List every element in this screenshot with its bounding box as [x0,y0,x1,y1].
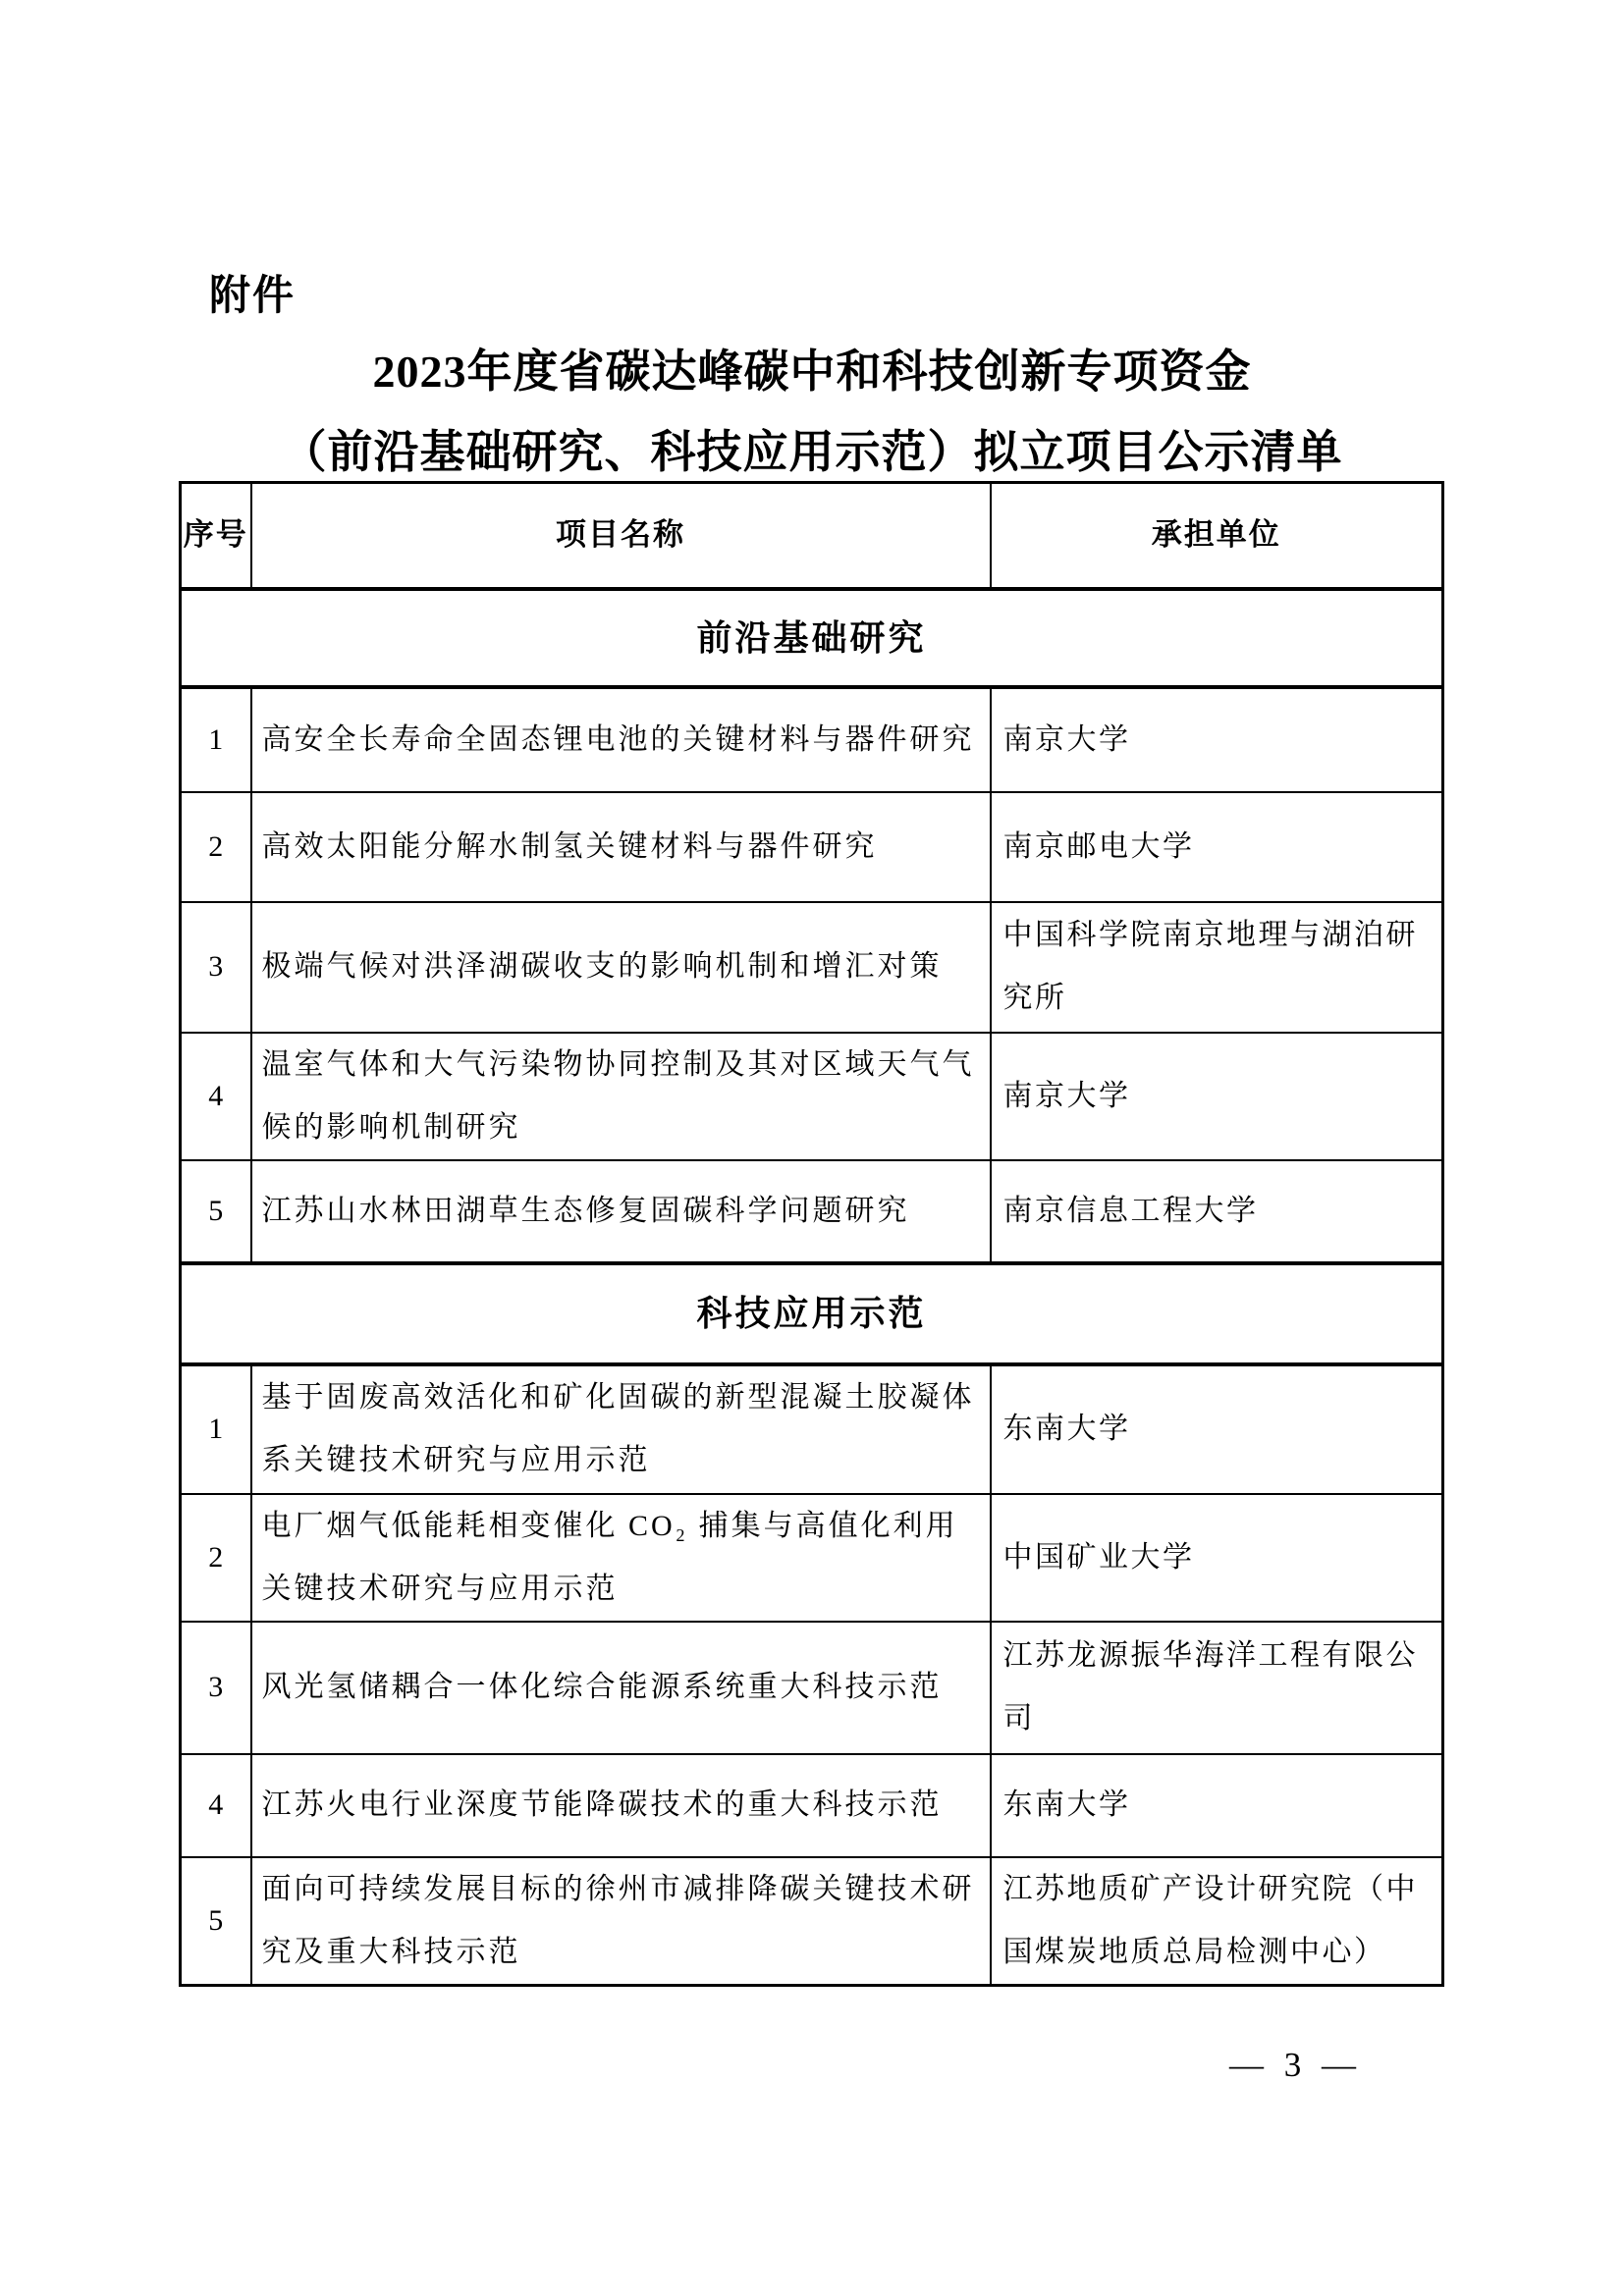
row-project: 高安全长寿命全固态锂电池的关键材料与器件研究 [251,687,991,792]
row-unit: 中国科学院南京地理与湖泊研究所 [991,902,1443,1033]
row-unit: 东南大学 [991,1754,1443,1857]
section-header-tech-application-demo: 科技应用示范 [181,1263,1443,1364]
row-serial: 5 [181,1857,251,1986]
row-project: 温室气体和大气污染物协同控制及其对区域天气气候的影响机制研究 [251,1033,991,1160]
row-serial: 1 [181,687,251,792]
row-serial: 2 [181,1494,251,1622]
row-serial: 3 [181,902,251,1033]
attachment-label: 附件 [209,263,296,322]
table-row: 5 面向可持续发展目标的徐州市减排降碳关键技术研究及重大科技示范 江苏地质矿产设… [181,1857,1443,1986]
row-project: 电厂烟气低能耗相变催化 CO₂ 捕集与高值化利用关键技术研究与应用示范 [251,1494,991,1622]
row-project: 风光氢储耦合一体化综合能源系统重大科技示范 [251,1622,991,1754]
row-serial: 5 [181,1160,251,1263]
header-project-name: 项目名称 [251,483,991,589]
row-unit: 中国矿业大学 [991,1494,1443,1622]
row-project: 面向可持续发展目标的徐州市减排降碳关键技术研究及重大科技示范 [251,1857,991,1986]
table-row: 1 基于固废高效活化和矿化固碳的新型混凝土胶凝体系关键技术研究与应用示范 东南大… [181,1364,1443,1494]
table-row: 5 江苏山水林田湖草生态修复固碳科学问题研究 南京信息工程大学 [181,1160,1443,1263]
row-unit: 南京信息工程大学 [991,1160,1443,1263]
document-page: 附件 2023年度省碳达峰碳中和科技创新专项资金 （前沿基础研究、科技应用示范）… [0,0,1624,2296]
row-project: 江苏火电行业深度节能降碳技术的重大科技示范 [251,1754,991,1857]
row-unit: 南京大学 [991,687,1443,792]
row-serial: 3 [181,1622,251,1754]
document-title-line1: 2023年度省碳达峰碳中和科技创新专项资金 [0,336,1624,400]
section-title: 前沿基础研究 [181,589,1443,687]
section-header-frontier-basic-research: 前沿基础研究 [181,589,1443,687]
table-row: 1 高安全长寿命全固态锂电池的关键材料与器件研究 南京大学 [181,687,1443,792]
table-row: 4 温室气体和大气污染物协同控制及其对区域天气气候的影响机制研究 南京大学 [181,1033,1443,1160]
table-row: 2 电厂烟气低能耗相变催化 CO₂ 捕集与高值化利用关键技术研究与应用示范 中国… [181,1494,1443,1622]
header-undertaking-unit: 承担单位 [991,483,1443,589]
row-serial: 4 [181,1754,251,1857]
header-serial-number: 序号 [181,483,251,589]
row-serial: 2 [181,792,251,902]
row-unit: 南京邮电大学 [991,792,1443,902]
row-project: 极端气候对洪泽湖碳收支的影响机制和增汇对策 [251,902,991,1033]
row-project: 基于固废高效活化和矿化固碳的新型混凝土胶凝体系关键技术研究与应用示范 [251,1364,991,1494]
page-number: — 3 — [1229,2046,1362,2085]
table-row: 2 高效太阳能分解水制氢关键材料与器件研究 南京邮电大学 [181,792,1443,902]
row-serial: 1 [181,1364,251,1494]
row-serial: 4 [181,1033,251,1160]
table-header-row: 序号 项目名称 承担单位 [181,483,1443,589]
section-title: 科技应用示范 [181,1263,1443,1364]
table-row: 3 极端气候对洪泽湖碳收支的影响机制和增汇对策 中国科学院南京地理与湖泊研究所 [181,902,1443,1033]
document-title-line2: （前沿基础研究、科技应用示范）拟立项目公示清单 [0,416,1624,481]
row-unit: 东南大学 [991,1364,1443,1494]
row-project: 江苏山水林田湖草生态修复固碳科学问题研究 [251,1160,991,1263]
projects-table: 序号 项目名称 承担单位 前沿基础研究 1 高安全长寿命全固态锂电池的关键材料与… [179,481,1444,1987]
row-project: 高效太阳能分解水制氢关键材料与器件研究 [251,792,991,902]
table-row: 4 江苏火电行业深度节能降碳技术的重大科技示范 东南大学 [181,1754,1443,1857]
table-row: 3 风光氢储耦合一体化综合能源系统重大科技示范 江苏龙源振华海洋工程有限公司 [181,1622,1443,1754]
row-unit: 江苏龙源振华海洋工程有限公司 [991,1622,1443,1754]
row-unit: 江苏地质矿产设计研究院（中国煤炭地质总局检测中心） [991,1857,1443,1986]
row-unit: 南京大学 [991,1033,1443,1160]
